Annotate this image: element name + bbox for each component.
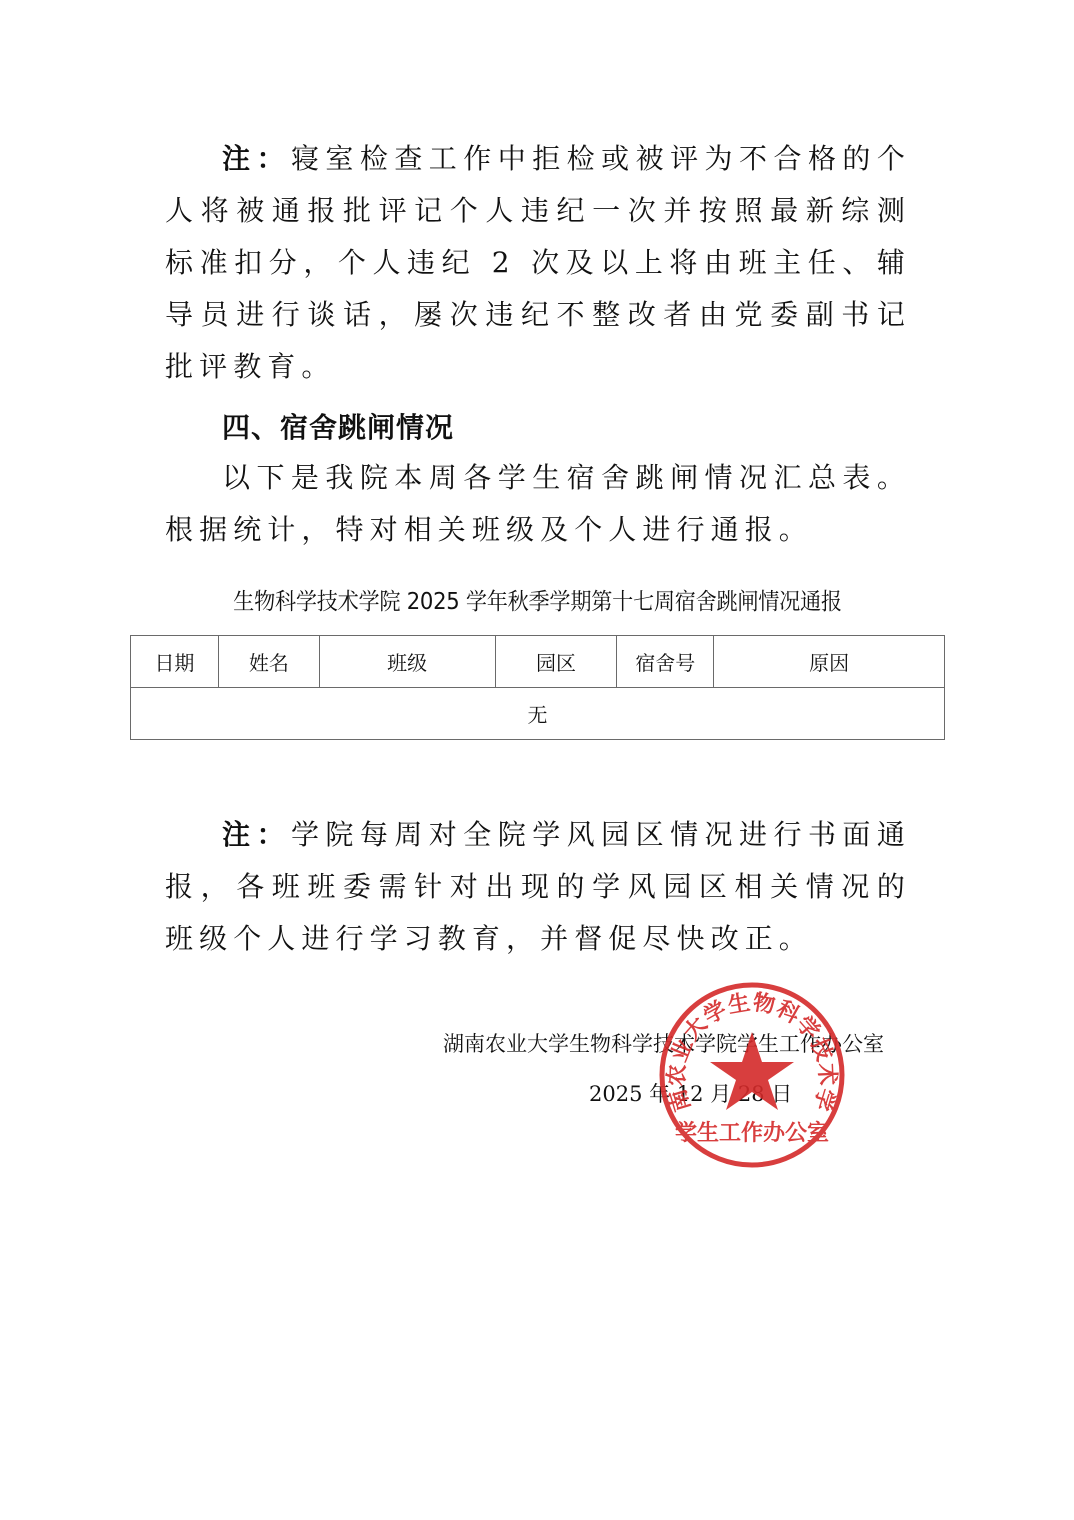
table-title: 生物科学技术学院 2025 学年秋季学期第十七周宿舍跳闸情况通报	[163, 584, 913, 620]
seal-inner-text: 学生工作办公室	[675, 1120, 829, 1146]
table-header-row: 日期 姓名 班级 园区 宿舍号 原因	[131, 636, 945, 688]
issue-date: 2025 年 12 月 28 日	[589, 1076, 792, 1112]
tripping-report-table: 日期 姓名 班级 园区 宿舍号 原因 无	[130, 635, 945, 740]
note-text: 寝室检查工作中拒检或被评为不合格的个人将被通报批评记个人违纪一次并按照最新综测标…	[165, 142, 911, 383]
table-row: 无	[131, 688, 945, 740]
note-label: 注：	[222, 818, 291, 851]
column-header-campus-zone: 园区	[495, 636, 617, 688]
section-heading-tripping: 四、宿舍跳闸情况	[222, 404, 454, 452]
note-dorm-inspection: 注：寝室检查工作中拒检或被评为不合格的个人将被通报批评记个人违纪一次并按照最新综…	[165, 133, 911, 393]
official-seal-stamp: 湖南农业大学生物科学技术学院 学生工作办公室	[657, 980, 847, 1170]
document-page: 注：寝室检查工作中拒检或被评为不合格的个人将被通报批评记个人违纪一次并按照最新综…	[0, 0, 1074, 1520]
column-header-date: 日期	[131, 636, 219, 688]
note-label: 注：	[222, 142, 291, 175]
column-header-reason: 原因	[714, 636, 945, 688]
column-header-name: 姓名	[218, 636, 319, 688]
column-header-class: 班级	[319, 636, 495, 688]
empty-cell: 无	[131, 688, 945, 740]
note-study-style: 注：学院每周对全院学风园区情况进行书面通报，各班班委需针对出现的学风园区相关情况…	[165, 809, 911, 965]
issuing-office: 湖南农业大学生物科学技术学院学生工作办公室	[443, 1026, 884, 1062]
column-header-dorm-number: 宿舍号	[617, 636, 714, 688]
section-intro: 以下是我院本周各学生宿舍跳闸情况汇总表。根据统计，特对相关班级及个人进行通报。	[165, 452, 911, 556]
